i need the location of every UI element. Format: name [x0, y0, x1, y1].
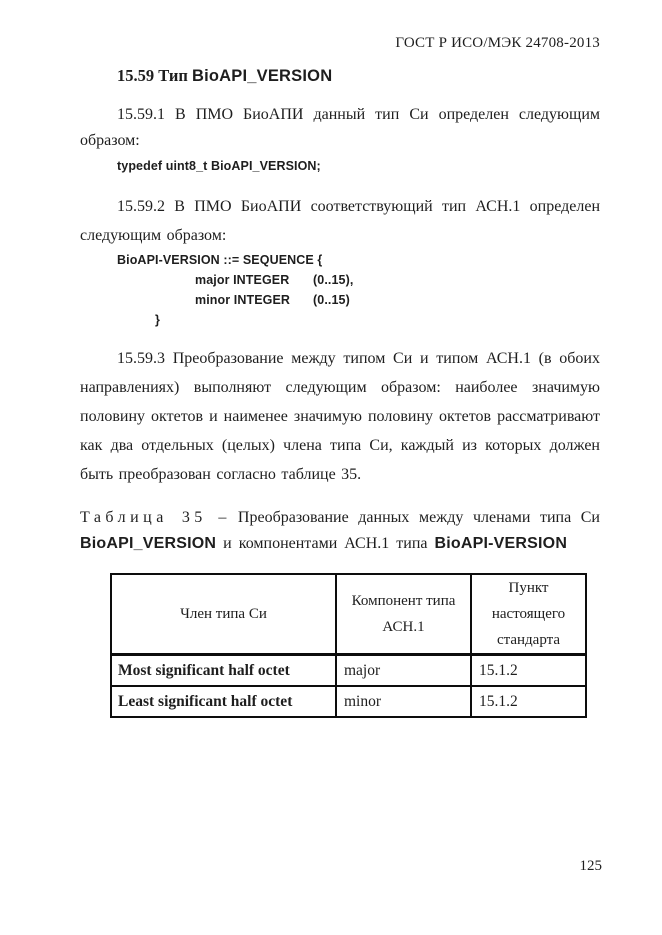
cell-member: Most significant half octet: [111, 655, 336, 687]
document-page: ГОСТ Р ИСО/МЭК 24708-2013 15.59 Тип BioA…: [0, 0, 662, 935]
page-header: ГОСТ Р ИСО/МЭК 24708-2013: [80, 34, 600, 52]
asn1-line-open: BioAPI-VERSION ::= SEQUENCE {: [117, 250, 600, 270]
table-row: Most significant half octet major 15.1.2: [111, 655, 586, 687]
cell-component: major: [336, 655, 471, 687]
section-heading-number: 15.59 Тип: [117, 66, 188, 85]
clause-15-59-3: 15.59.3 Преобразование между типом Си и …: [80, 344, 600, 489]
table-caption-text: Преобразование данных между членами типа…: [238, 509, 600, 526]
asn1-minor-range: (0..15): [313, 293, 350, 307]
table-caption-middle: и компонентами АСН.1 типа: [223, 535, 427, 552]
asn1-minor-decl: minor INTEGER: [195, 290, 313, 310]
asn1-code-block: BioAPI-VERSION ::= SEQUENCE { major INTE…: [117, 250, 600, 330]
header-cell-clause: Пункт настоящего стандарта: [471, 574, 586, 655]
c-code-line: typedef uint8_t BioAPI_VERSION;: [117, 157, 600, 175]
table-caption: Таблица 35 – Преобразование данных между…: [80, 505, 600, 557]
table-row: Least significant half octet minor 15.1.…: [111, 686, 586, 717]
table-caption-dash: –: [218, 509, 226, 526]
cell-clause: 15.1.2: [471, 686, 586, 717]
clause-15-59-2: 15.59.2 В ПМО БиоАПИ соответствующий тип…: [80, 192, 600, 250]
section-heading-type: BioAPI_VERSION: [192, 67, 332, 85]
asn1-major-decl: major INTEGER: [195, 270, 313, 290]
cell-clause: 15.1.2: [471, 655, 586, 687]
asn1-line-minor: minor INTEGER(0..15): [117, 290, 600, 310]
page-number: 125: [580, 858, 603, 875]
header-cell-component: Компонент типа АСН.1: [336, 574, 471, 655]
table-caption-asn1-type: BioAPI-VERSION: [434, 535, 567, 552]
header-cell-member: Член типа Си: [111, 574, 336, 655]
table-header-row: Член типа Си Компонент типа АСН.1 Пункт …: [111, 574, 586, 655]
asn1-line-close: }: [117, 310, 600, 330]
cell-component: minor: [336, 686, 471, 717]
clause-15-59-1: 15.59.1 В ПМО БиоАПИ данный тип Си опред…: [80, 102, 600, 154]
table-caption-label: Таблица 35: [80, 509, 207, 526]
section-heading: 15.59 Тип BioAPI_VERSION: [117, 65, 600, 87]
asn1-line-major: major INTEGER(0..15),: [117, 270, 600, 290]
table-caption-c-type: BioAPI_VERSION: [80, 535, 216, 552]
standard-reference: ГОСТ Р ИСО/МЭК 24708-2013: [395, 35, 600, 51]
conversion-table: Член типа Си Компонент типа АСН.1 Пункт …: [110, 573, 587, 718]
cell-member: Least significant half octet: [111, 686, 336, 717]
asn1-major-range: (0..15),: [313, 273, 353, 287]
